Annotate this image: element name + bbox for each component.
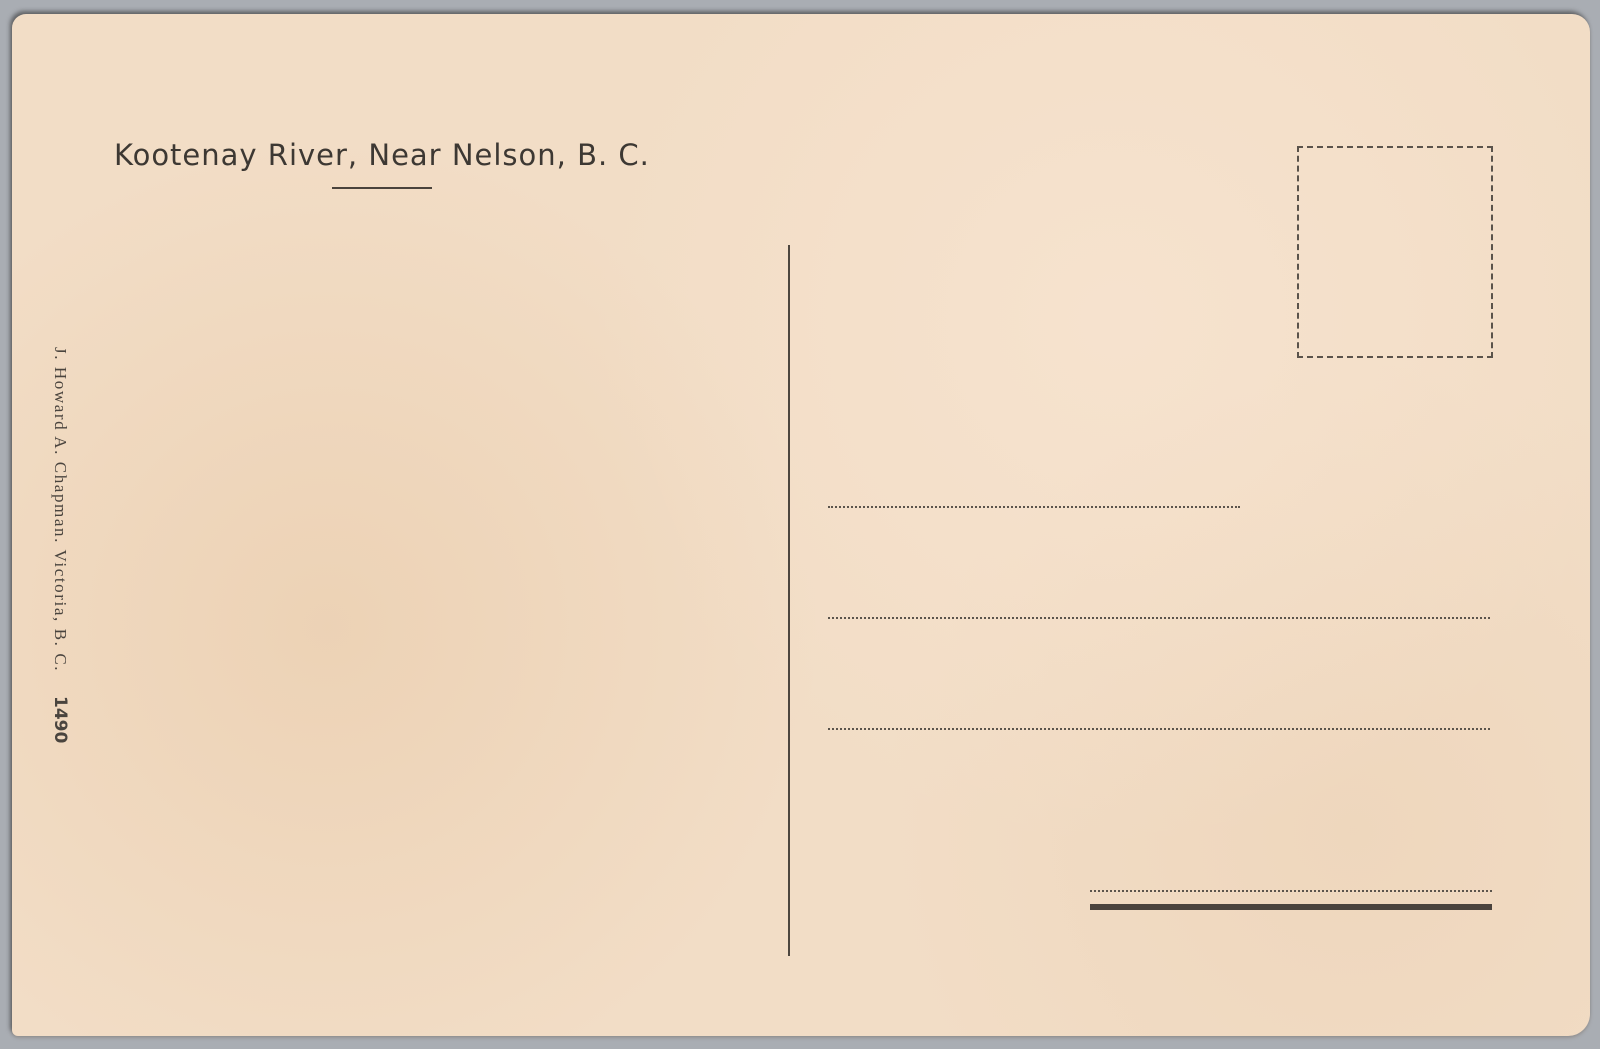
address-line-1	[828, 506, 1240, 508]
caption-underline	[332, 187, 432, 189]
postcard-back: Kootenay River, Near Nelson, B. C. J. Ho…	[12, 14, 1590, 1036]
address-line-2	[828, 617, 1490, 619]
message-address-divider	[788, 245, 790, 956]
postcard-caption: Kootenay River, Near Nelson, B. C.	[114, 138, 650, 172]
address-line-4	[1090, 890, 1492, 892]
stamp-box	[1297, 146, 1493, 358]
publisher-imprint: J. Howard A. Chapman. Victoria, B. C. 14…	[50, 347, 70, 743]
address-underline-bar	[1090, 904, 1492, 910]
publisher-name: J. Howard A. Chapman. Victoria, B. C.	[51, 347, 70, 672]
address-line-3	[828, 728, 1490, 730]
card-number: 1490	[50, 696, 70, 743]
